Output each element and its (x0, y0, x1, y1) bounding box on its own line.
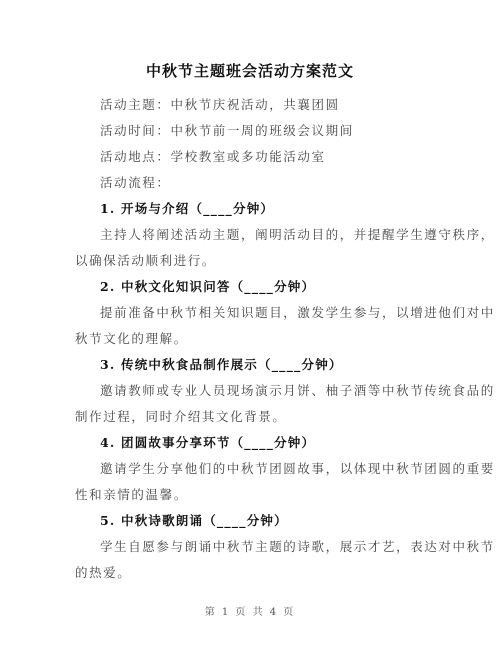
activity-theme: 活动主题：中秋节庆祝活动，共襄团圆 (100, 95, 340, 113)
section-body-3-line-1: 邀请教师或专业人员现场演示月饼、柚子酒等中秋节传统食品的 (100, 381, 495, 399)
section-body-1-line-1: 主持人将阐述活动主题，阐明活动目的，并提醒学生遵守秩序， (100, 225, 495, 243)
section-heading-2: 2. 中秋文化知识问答（____分钟） (100, 277, 315, 295)
document-page: 中秋节主题班会活动方案范文 活动主题：中秋节庆祝活动，共襄团圆 活动时间：中秋节… (0, 0, 500, 647)
activity-process-label: 活动流程： (100, 173, 171, 191)
section-heading-3: 3. 传统中秋食品制作展示（____分钟） (100, 355, 343, 373)
section-body-3-line-2: 制作过程，同时介绍其文化背景。 (75, 407, 287, 425)
section-body-5-line-2: 的热爱。 (75, 563, 131, 581)
section-heading-1: 1. 开场与介绍（____分钟） (100, 199, 274, 217)
section-heading-4: 4. 团圆故事分享环节（____分钟） (100, 433, 315, 451)
section-body-2-line-1: 提前准备中秋节相关知识题目，激发学生参与，以增进他们对中 (100, 303, 495, 321)
section-body-4-line-2: 性和亲情的温馨。 (75, 485, 188, 503)
activity-time: 活动时间：中秋节前一周的班级会议期间 (100, 121, 354, 139)
page-footer: 第 1 页 共 4 页 (0, 603, 500, 618)
section-body-1-line-2: 以确保活动顺利进行。 (75, 251, 216, 269)
section-body-2-line-2: 秋节文化的理解。 (75, 329, 188, 347)
section-body-4-line-1: 邀请学生分享他们的中秋节团圆故事，以体现中秋节团圆的重要 (100, 459, 495, 477)
document-title: 中秋节主题班会活动方案范文 (0, 60, 500, 81)
section-body-5-line-1: 学生自愿参与朗诵中秋节主题的诗歌，展示才艺，表达对中秋节 (100, 537, 495, 555)
section-heading-5: 5. 中秋诗歌朗诵（____分钟） (100, 511, 288, 529)
activity-location: 活动地点：学校教室或多功能活动室 (100, 147, 326, 165)
